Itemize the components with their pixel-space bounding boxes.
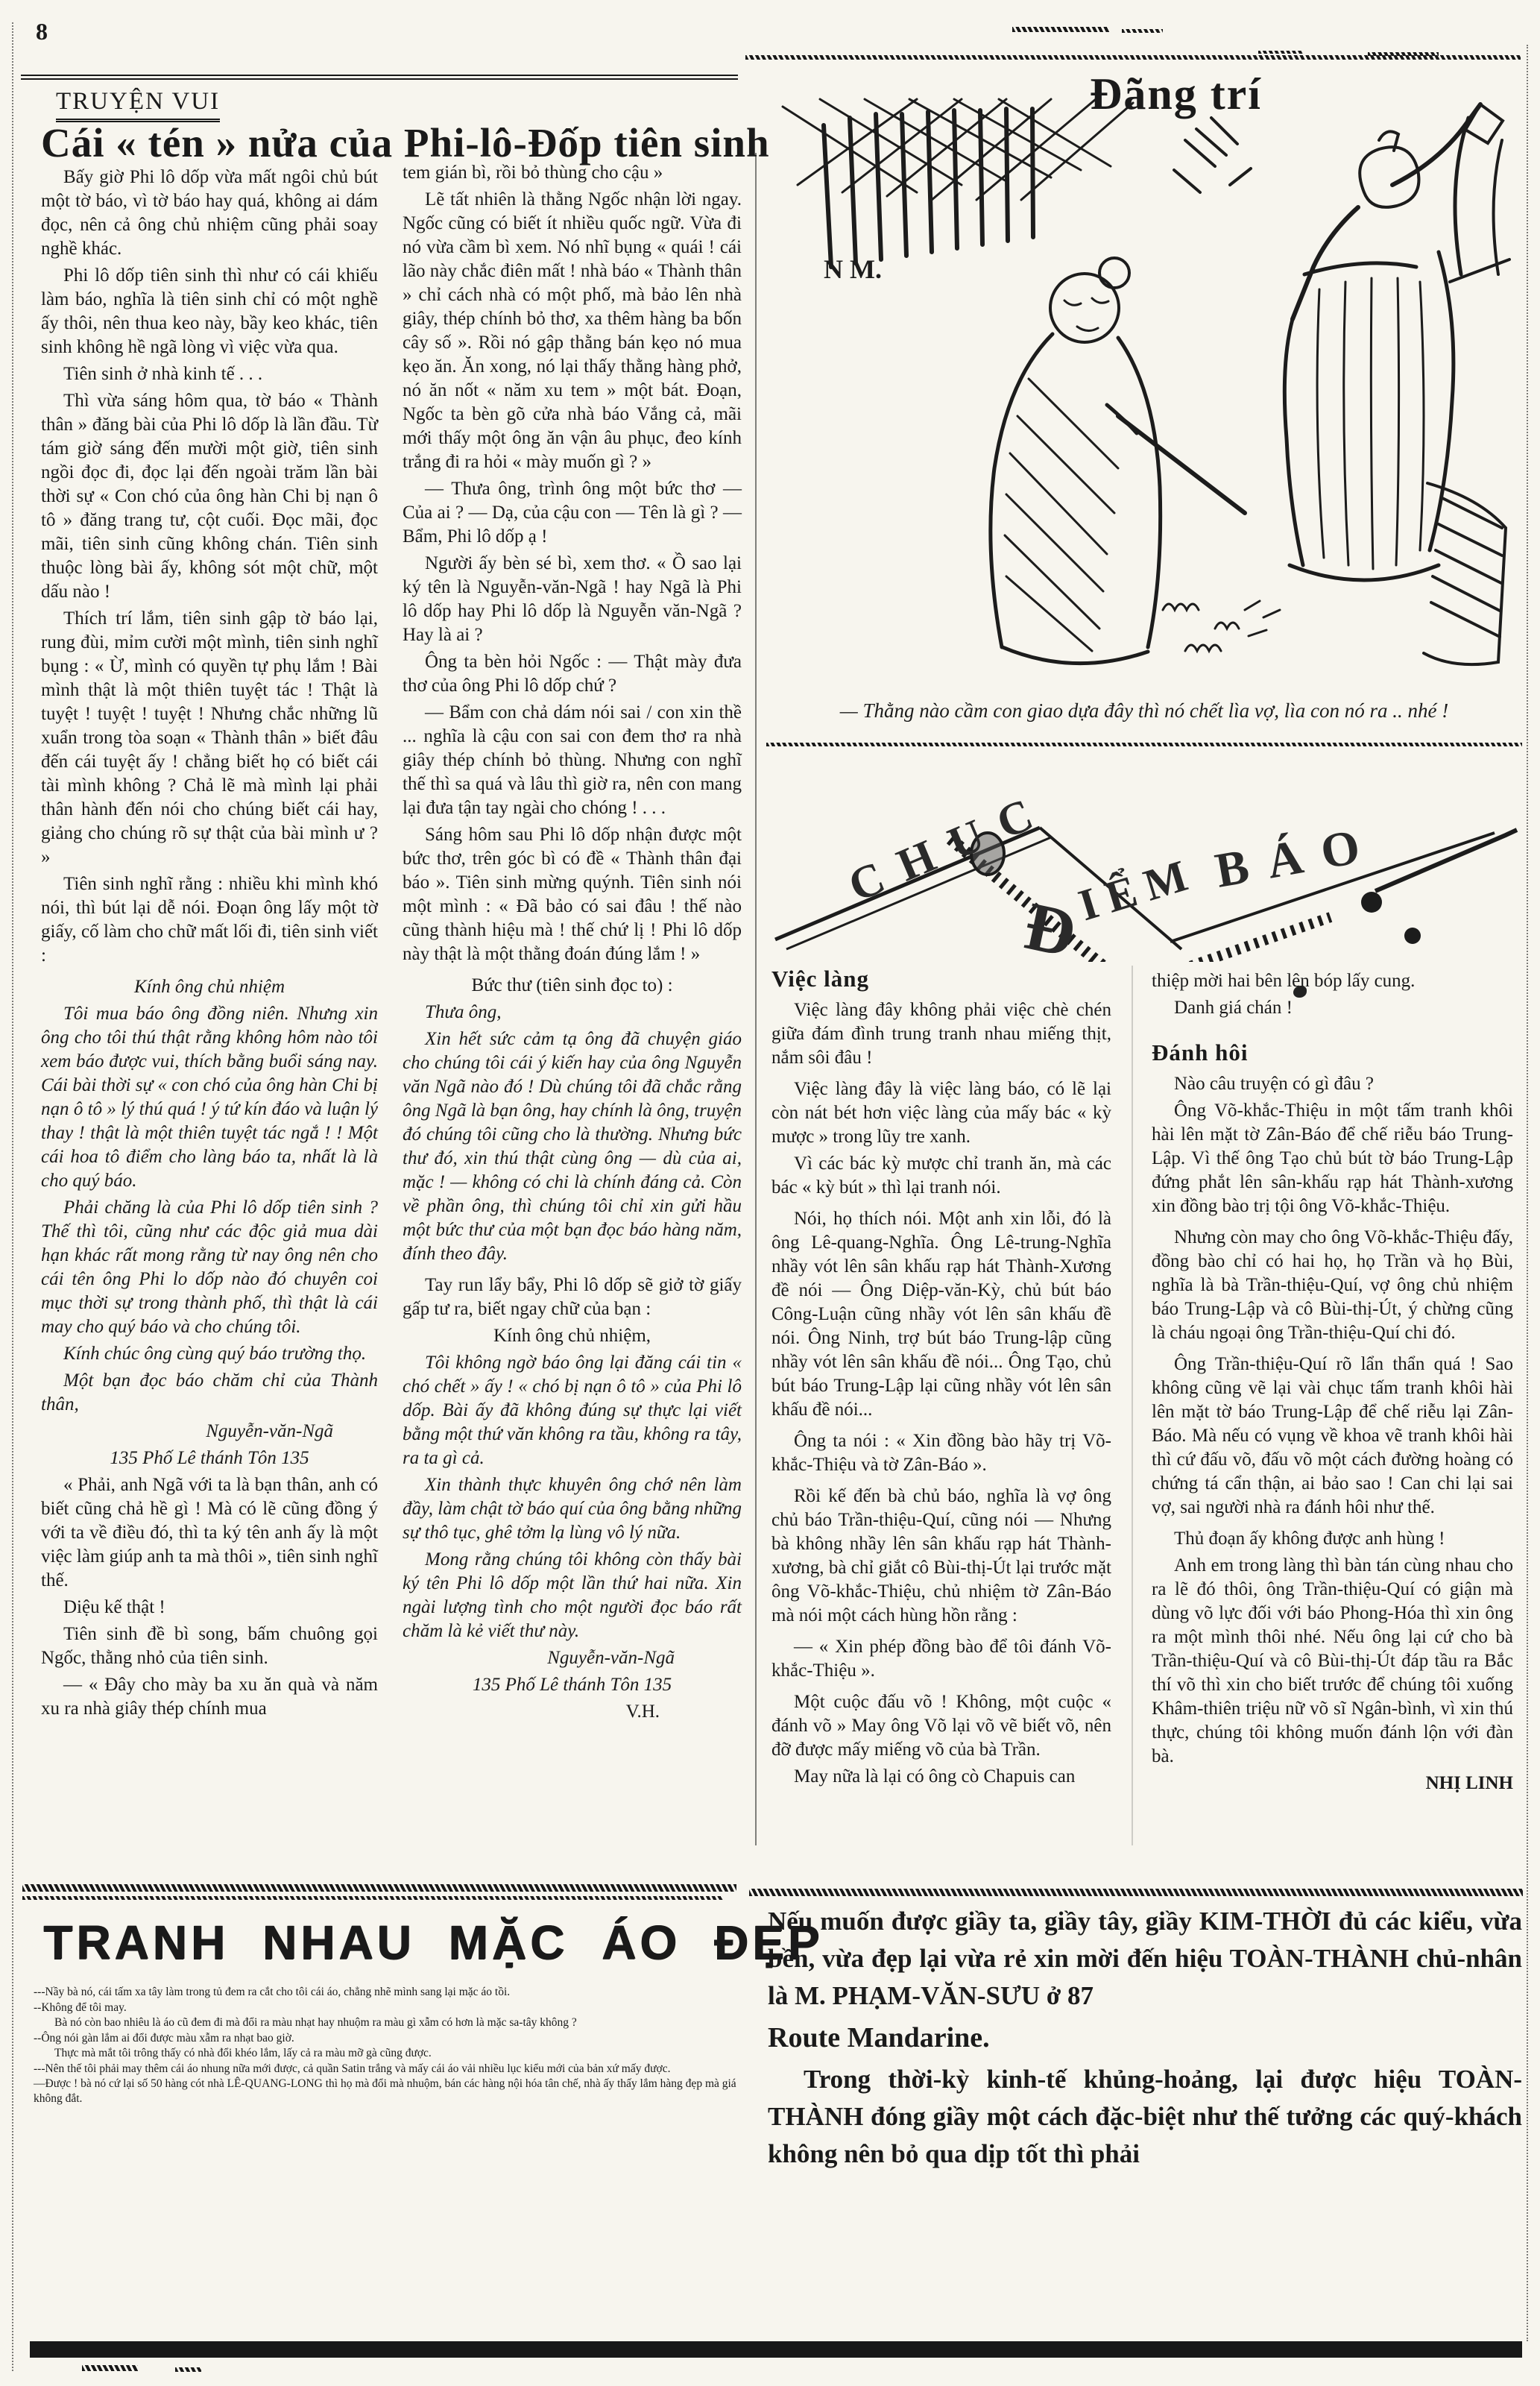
- ad-line: ---Nầy bà nó, cái tấm xa tây làm trong t…: [34, 1985, 753, 2000]
- paragraph: Thích trí lắm, tiên sinh gập tờ báo lại,…: [41, 607, 378, 869]
- paragraph: thiệp mời hai bên lên bóp lấy cung.: [1152, 969, 1513, 993]
- deco-letters-4: BÁO: [1211, 816, 1383, 898]
- newspaper-page: 8 TRUYỆN VUI Cái « tén » nửa của Phi-lô-…: [0, 0, 1540, 2386]
- letter-heading: Kính ông chủ nhiệm,: [403, 1324, 742, 1348]
- paragraph: Tiên sinh đề bì song, bấm chuông gọi Ngố…: [41, 1622, 378, 1670]
- column-separator: [1132, 966, 1133, 1845]
- paragraph: Ông ta bèn hỏi Ngốc : — Thật mày đưa thơ…: [403, 650, 742, 698]
- bottom-mark: [175, 2367, 201, 2372]
- letter-address: 135 Phố Lê thánh Tôn 135: [41, 1447, 378, 1470]
- paragraph: Diệu kế thật !: [41, 1596, 378, 1619]
- ad-line: ---Nên thế tôi phải may thêm cái áo nhun…: [34, 2062, 753, 2077]
- paragraph: Sáng hôm sau Phi lô dốp nhận được một bứ…: [403, 823, 742, 966]
- ads-divider-right: [749, 1889, 1523, 1896]
- header-fragment-mark: [1012, 27, 1109, 32]
- story-column-2: tem gián bì, rồi bỏ thùng cho cậu » Lẽ t…: [403, 161, 742, 1727]
- story-column-1: Bấy giờ Phi lô dốp vừa mất ngôi chủ bút …: [41, 166, 378, 1724]
- paragraph: Lẽ tất nhiên là thằng Ngốc nhận lời ngay…: [403, 188, 742, 474]
- header-fragment-mark: [1122, 29, 1163, 33]
- paragraph: — Thưa ông, trình ông một bức thơ — Của …: [403, 477, 742, 549]
- letter-signature: Nguyễn-văn-Ngã: [41, 1420, 378, 1444]
- letter-paragraph: Kính chúc ông cùng quý báo trường thọ.: [41, 1342, 378, 1366]
- paragraph: May nữa là lại có ông cò Chapuis can: [771, 1765, 1111, 1789]
- paragraph: Nhưng còn may cho ông Võ-khắc-Thiệu đấy,…: [1152, 1226, 1513, 1345]
- right-page-edge: [1527, 45, 1528, 2341]
- ad-line: --Không để tôi may.: [34, 2001, 753, 2015]
- paragraph: Một cuộc đấu võ ! Không, một cuộc « đánh…: [771, 1690, 1111, 1762]
- ad-left-smallprint: ---Nầy bà nó, cái tấm xa tây làm trong t…: [34, 1985, 753, 2106]
- paragraph: Bức thư (tiên sinh đọc to) :: [403, 974, 742, 998]
- ads-divider-left: [22, 1884, 736, 1892]
- paragraph: Danh giá chán !: [1152, 996, 1513, 1020]
- top-rule-left: [21, 75, 738, 80]
- deco-letters-3: IỂM: [1073, 848, 1203, 930]
- ad-line: Bà nó còn bao nhiêu là áo cũ đem đi mà đ…: [34, 2015, 753, 2030]
- top-rule-dash: [1258, 51, 1303, 54]
- paragraph: Ông Võ-khắc-Thiệu in một tấm tranh khôi …: [1152, 1099, 1513, 1218]
- paragraph: Vì các bác kỳ mược chỉ tranh ăn, mà các …: [771, 1152, 1111, 1200]
- paragraph: Thủ đoạn ấy không được anh hùng !: [1152, 1527, 1513, 1551]
- paragraph: — Bẩm con chả dám nói sai / con xin thề …: [403, 701, 742, 820]
- letter-paragraph: Một bạn đọc báo chăm chỉ của Thành thân,: [41, 1369, 378, 1417]
- deco-column-title: CHUC Đ IỂM BÁO ĐS: [764, 749, 1524, 962]
- cartoon-caption: — Thằng nào cầm con giao dựa đây thì nó …: [771, 699, 1517, 723]
- danh-hoi-column: thiệp mời hai bên lên bóp lấy cung. Danh…: [1152, 969, 1513, 1798]
- paragraph: Người ấy bèn sé bì, xem thơ. « Ồ sao lại…: [403, 552, 742, 647]
- author-initials: V.H.: [403, 1700, 742, 1724]
- letter-address: 135 Phố Lê thánh Tôn 135: [403, 1673, 742, 1697]
- paragraph: Việc làng đây không phải việc chè chén g…: [771, 998, 1111, 1070]
- bottom-bar: [30, 2341, 1522, 2358]
- ad-line: --Ông nói gàn lắm ai đổi được màu xẫm ra…: [34, 2031, 753, 2046]
- bottom-mark: [82, 2365, 138, 2371]
- viec-lang-column: Việc làng Việc làng đây không phải việc …: [771, 966, 1111, 1792]
- paragraph: Tay run lẩy bẩy, Phi lô dốp sẽ giở tờ gi…: [403, 1274, 742, 1321]
- danh-hoi-heading: Đánh hôi: [1152, 1039, 1513, 1066]
- cartoon-illustration: N M.: [768, 95, 1521, 692]
- letter-paragraph: Xin thành thực khuyên ông chớ nên làm đầ…: [403, 1473, 742, 1545]
- letter-paragraph: Tôi mua báo ông đồng niên. Nhưng xin ông…: [41, 1002, 378, 1193]
- article-title: Cái « tén » nửa của Phi-lô-Đốp tiên sinh: [41, 119, 770, 166]
- paragraph: tem gián bì, rồi bỏ thùng cho cậu »: [403, 161, 742, 185]
- paragraph: Ông Trần-thiệu-Quí rõ lẩn thẩn quá ! Sao…: [1152, 1353, 1513, 1520]
- section-label: TRUYỆN VUI: [56, 88, 220, 122]
- paragraph: Tiên sinh ở nhà kinh tế . . .: [41, 362, 378, 386]
- left-page-edge: [12, 22, 13, 2371]
- paragraph: Tiên sinh nghĩ rằng : nhiều khi mình khó…: [41, 872, 378, 968]
- ads-divider-left-2: [22, 1896, 723, 1900]
- byline: NHỊ LINH: [1152, 1772, 1513, 1795]
- paragraph: Bấy giờ Phi lô dốp vừa mất ngôi chủ bút …: [41, 166, 378, 261]
- letter-paragraph: Phải chăng là của Phi lô dốp tiên sinh ?…: [41, 1196, 378, 1339]
- ad-right-address: Route Mandarine.: [768, 2019, 1522, 2056]
- paragraph: Thì vừa sáng hôm qua, tờ báo « Thành thâ…: [41, 389, 378, 604]
- ad-line: —Được ! bà nó cứ lại số 50 hàng cót nhà …: [34, 2077, 753, 2106]
- ad-right-paragraph: Trong thời-kỳ kinh-tế khủng-hoảng, lại đ…: [768, 2061, 1522, 2173]
- letter-paragraph: Xin hết sức cảm tạ ông đã chuyện giáo ch…: [403, 1027, 742, 1266]
- paragraph: Nói, họ thích nói. Một anh xin lỗi, đó l…: [771, 1207, 1111, 1422]
- paragraph: — « Xin phép đồng bào để tôi đánh Võ-khắ…: [771, 1635, 1111, 1683]
- paragraph: Anh em trong làng thì bàn tán cùng nhau …: [1152, 1554, 1513, 1769]
- ad-left-headline: TRANH NHAU MẶC ÁO ĐẸP: [43, 1915, 823, 1970]
- letter-paragraph: Mong rằng chúng tôi không còn thấy bài k…: [403, 1548, 742, 1643]
- letter-heading: Kính ông chủ nhiệm: [41, 975, 378, 999]
- paragraph: Phi lô dốp tiên sinh thì như có cái khiế…: [41, 264, 378, 359]
- ad-line: Thực mà mắt tôi trông thấy có nhà đổi kh…: [34, 2046, 753, 2061]
- letter-paragraph: Thưa ông,: [403, 1001, 742, 1024]
- paragraph: Ông ta nói : « Xin đồng bào hãy trị Võ-k…: [771, 1429, 1111, 1477]
- page-number: 8: [36, 18, 48, 45]
- letter-signature: Nguyễn-văn-Ngã: [403, 1646, 742, 1670]
- top-rule-dash: [1368, 52, 1439, 56]
- deco-letters-1: CHUC: [842, 781, 1058, 912]
- paragraph: Việc làng đây là việc làng báo, có lẽ lạ…: [771, 1077, 1111, 1149]
- column-separator: [755, 153, 757, 1845]
- paragraph: — « Đây cho mày ba xu ăn quà và năm xu r…: [41, 1673, 378, 1721]
- ad-right-paragraph: Nếu muốn được giầy ta, giầy tây, giầy KI…: [768, 1903, 1522, 2015]
- paragraph: Nào câu truyện có gì đâu ?: [1152, 1072, 1513, 1096]
- letter-paragraph: Tôi không ngờ báo ông lại đăng cái tin «…: [403, 1351, 742, 1470]
- cartoon-inset-letters: N M.: [824, 254, 882, 284]
- paragraph: « Phải, anh Ngã với ta là bạn thân, anh …: [41, 1473, 378, 1593]
- paragraph: Rồi kế đến bà chủ báo, nghĩa là vợ ông c…: [771, 1485, 1111, 1628]
- caption-rule: [766, 743, 1522, 746]
- viec-lang-heading: Việc làng: [771, 966, 1111, 992]
- ad-right: Nếu muốn được giầy ta, giầy tây, giầy KI…: [768, 1903, 1522, 2177]
